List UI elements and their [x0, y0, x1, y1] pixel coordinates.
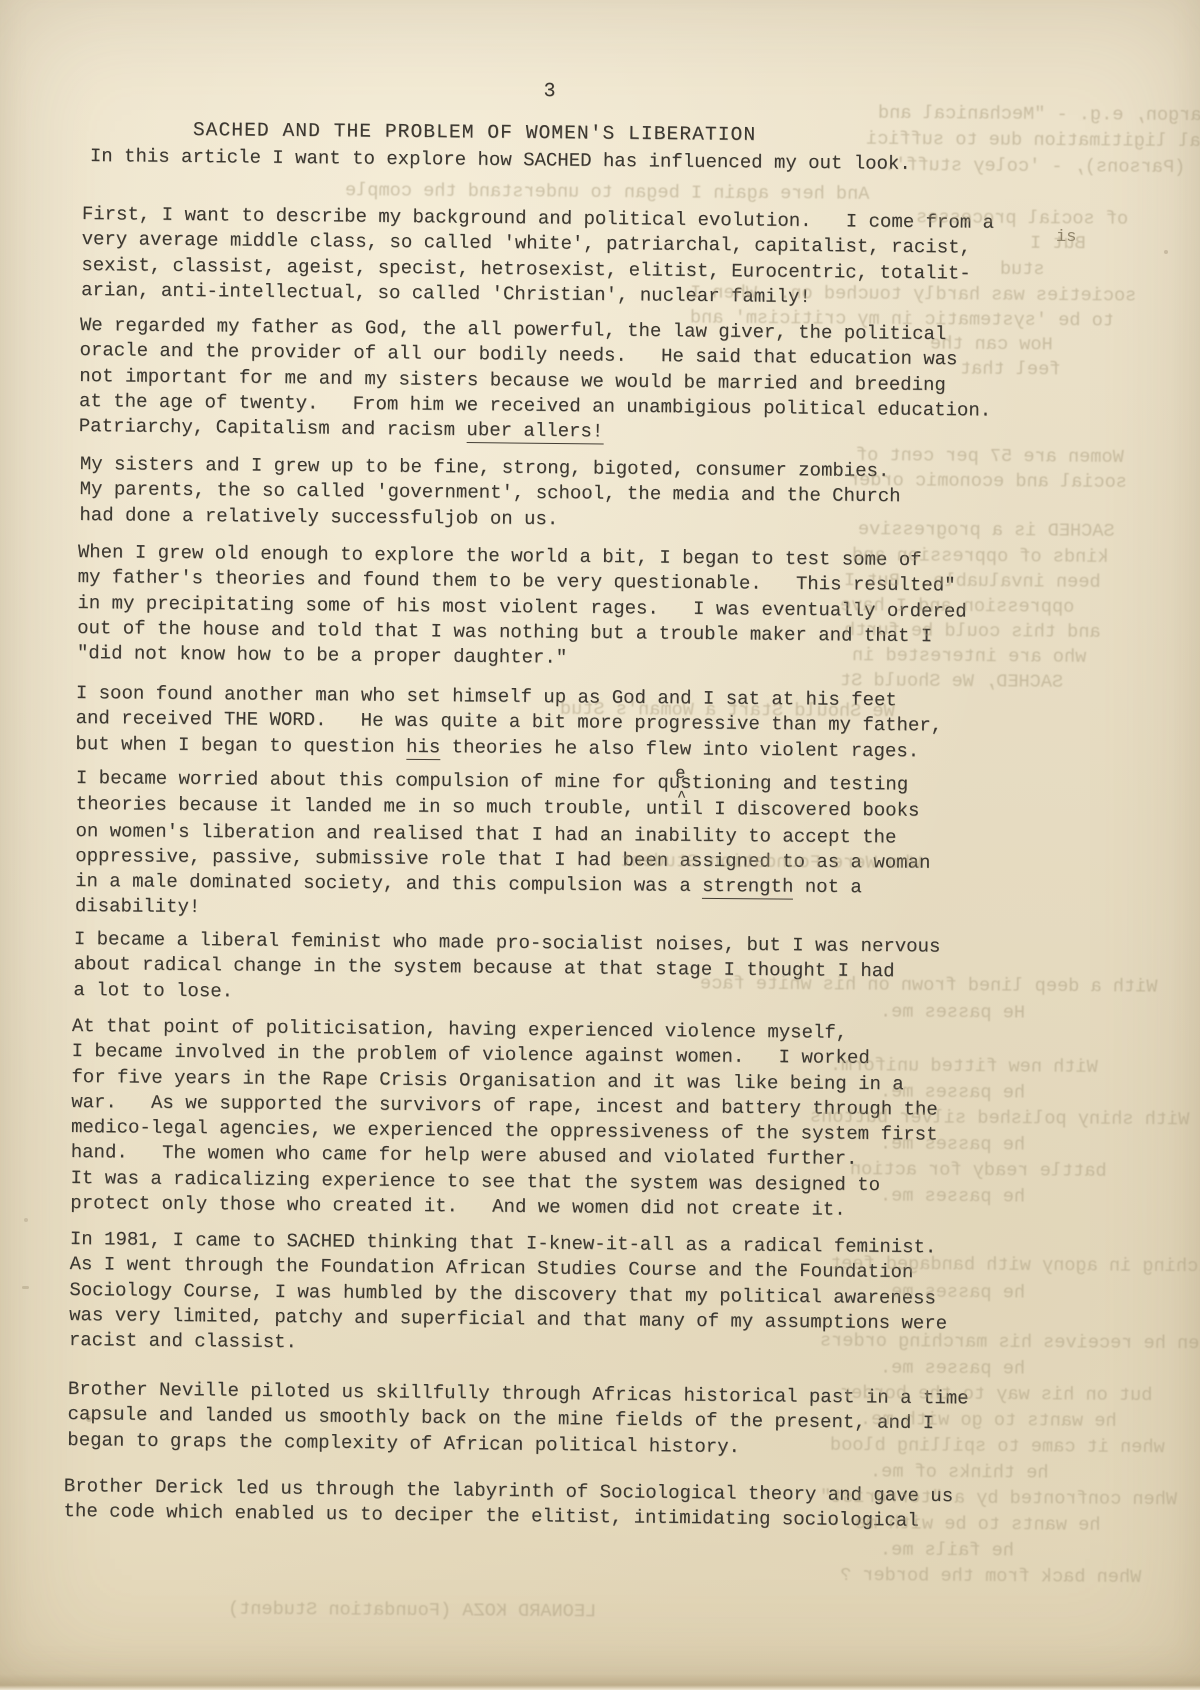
bleedthrough-line: tural ligitimation due to suffici — [866, 129, 1200, 153]
bleedthrough-line: he thinks of me. — [870, 1461, 1049, 1483]
paragraph-father: We regarded my father as God, the all po… — [79, 313, 992, 449]
text-line: In this article I want to explore how SA… — [90, 144, 911, 177]
document-title: SACHED AND THE PROBLEM OF WOMEN'S LIBERA… — [193, 119, 756, 146]
bleedthrough-line: With new fitted uniform. — [830, 1055, 1098, 1078]
bleedthrough-line: he passes me. — [880, 1281, 1025, 1303]
paragraph-compulsion: I became worried about this compulsion o… — [75, 766, 931, 926]
paper-speck — [1164, 250, 1168, 254]
bleedthrough-line: feel that — [960, 359, 1061, 381]
bleedthrough-line: stud — [1000, 259, 1045, 280]
page-number: 3 — [530, 80, 570, 103]
bleedthrough-line: SACHED, We Should St — [840, 670, 1063, 693]
bleedthrough-line: he passes me. — [880, 1081, 1025, 1103]
bleedthrough-line: societies was hardly touched on. When I — [690, 282, 1136, 306]
bleedthrough-line: kinds of oppression and — [852, 545, 1109, 568]
margin-annotation: is — [1056, 228, 1077, 247]
bleedthrough-line: he fails me. — [880, 1540, 1014, 1562]
bleedthrough-line: He passes me. — [880, 1001, 1025, 1023]
bleedthrough-line: who are interested in — [852, 645, 1086, 668]
bleedthrough-line: battle ready for action — [850, 1159, 1107, 1182]
paragraph-sisters: My sisters and I grew up to be fine, str… — [79, 452, 901, 535]
bleedthrough-line: he passes me. — [880, 1133, 1025, 1155]
scanned-document-page: 3 SACHED AND THE PROBLEM OF WOMEN'S LIBE… — [0, 0, 1200, 1690]
bleedthrough-line: he passes me. — [880, 1357, 1025, 1379]
paper-speck — [86, 1416, 92, 1422]
bleedthrough-line: he wants to be with me — [855, 1513, 1101, 1536]
bleedthrough-line: When confronted by a "terrorist" — [820, 1487, 1177, 1510]
bleedthrough-line: of social processes. — [905, 207, 1128, 230]
bleedthrough-line: How can the — [930, 334, 1053, 356]
paragraph-intro: In this article I want to explore how SA… — [90, 144, 911, 177]
bleedthrough-line: oppression and I have — [840, 595, 1074, 618]
bleedthrough-line: been invaluable. But I — [844, 570, 1101, 593]
bleedthrough-line: With a deep lined frown on his white fac… — [700, 973, 1158, 997]
bleedthrough-line: Women are 57 per cent of — [856, 445, 1124, 468]
bleedthrough-line: he wants to go with me. — [860, 1409, 1117, 1432]
bleedthrough-line: but on his way to the border — [840, 1383, 1153, 1406]
bleedthrough-line: With shiny polished silver buttons — [810, 1107, 1190, 1131]
bleedthrough-line: SACHED is a progressive — [858, 519, 1115, 542]
bleedthrough-line: We Should Start a Woman's Stud — [560, 699, 895, 722]
paper-speck — [22, 1286, 29, 1289]
paragraph-another-man: I soon found another man who set himself… — [75, 681, 942, 764]
bleedthrough-line: and this could be furth — [844, 620, 1101, 643]
bleedthrough-line: to be 'systematic in my criticism' and — [690, 308, 1114, 332]
bleedthrough-line: (Parsons), - 'coley stuff'. — [884, 155, 1185, 178]
paper-speck — [24, 1218, 28, 1222]
bleedthrough-line: Who Were Foundation Student — [620, 851, 921, 874]
bleedthrough-line: social and economic order — [848, 470, 1127, 493]
bleedthrough-line: he passes me. — [880, 1185, 1025, 1207]
paragraph-liberal-feminist: I became a liberal feminist who made pro… — [73, 927, 940, 1010]
bleedthrough-line: Jargon, e.g. - "Mechanical and — [878, 103, 1200, 126]
bleedthrough-line: And here again I began to understand the… — [345, 180, 870, 205]
bleedthrough-line: When back from the border ? — [840, 1565, 1141, 1588]
bleedthrough-line: Crutching in agony with bandaged feet — [830, 1254, 1200, 1278]
bleedthrough-line: when it came to spilling blood — [830, 1435, 1165, 1458]
bleedthrough-line: LEONARD KOZA (Foundation Student) — [228, 1599, 596, 1623]
paragraph-rape-crisis: At that point of politicisation, having … — [70, 1014, 938, 1224]
bleedthrough-line: When he receives his marching orders — [820, 1331, 1200, 1355]
paragraph-test-theories: When I grew old enough to explore the wo… — [77, 540, 968, 675]
paragraph-1981: In 1981, I came to SACHED thinking that … — [69, 1227, 948, 1362]
